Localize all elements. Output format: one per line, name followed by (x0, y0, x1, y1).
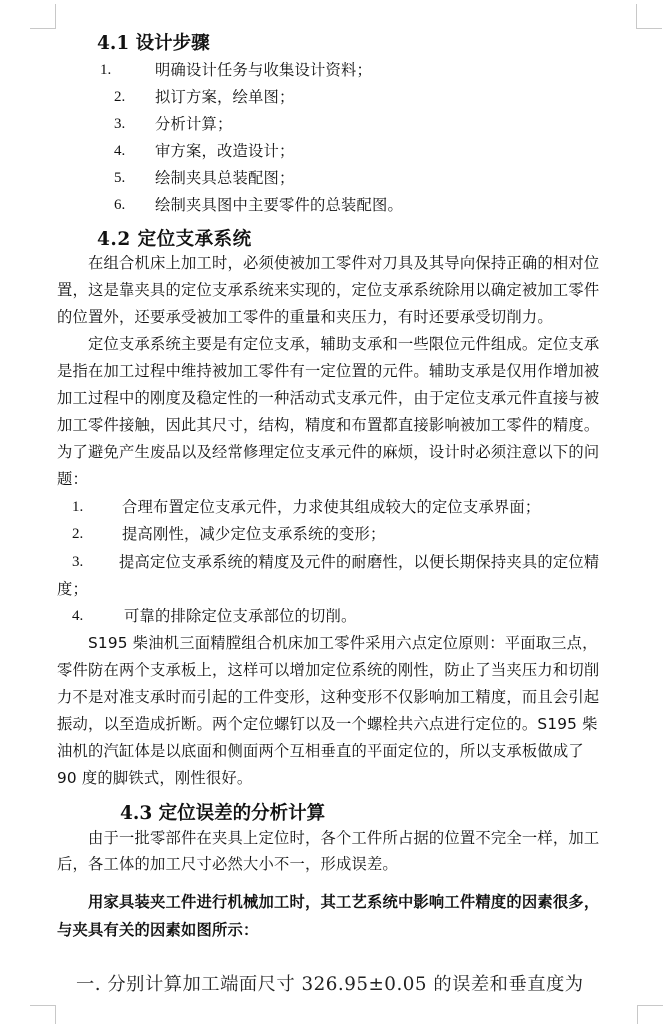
step-number: 4. (114, 141, 125, 161)
paragraph-line: 用家具装夹工件进行机械加工时，其工艺系统中影响工件精度的因素很多， (88, 892, 599, 912)
step-text: 分析计算； (155, 114, 233, 134)
crop-mark-bottom-left-h (30, 1005, 56, 1006)
calculation-item-line: 一. 分别计算加工端面尺寸 326.95±0.05 的误差和垂直度为 (76, 973, 584, 997)
paragraph-line: 题： (57, 469, 88, 489)
paragraph-line: 后，各工体的加工尺寸必然大小不一，形成误差。 (57, 854, 398, 874)
crop-mark-top-left-h (30, 28, 56, 29)
step-text: 明确设计任务与收集设计资料； (155, 60, 372, 80)
step-text: 绘制夹具总装配图； (155, 168, 294, 188)
paragraph-line: 力不是对准支承时而引起的工件变形，这种变形不仅影响加工精度，而且会引起 (57, 687, 599, 707)
section-heading-4-3: 4.3 定位误差的分析计算 (120, 802, 325, 826)
section-heading-4-1: 4.1 设计步骤 (97, 32, 210, 56)
paragraph-line: 与夹具有关的因素如图所示： (57, 920, 258, 940)
note-number: 4. (72, 606, 83, 626)
paragraph-line: S195 柴油机三面精膛组合机床加工零件采用六点定位原则：平面取三点， (88, 633, 598, 653)
note-number: 2. (72, 524, 83, 544)
paragraph-line: 为了避免产生废品以及经常修理定位支承元件的麻烦，设计时必须注意以下的问 (57, 442, 599, 462)
note-text-continued: 度； (57, 579, 88, 599)
note-number: 3. (72, 552, 83, 572)
paragraph-line: 定位支承系统主要是有定位支承，辅助支承和一些限位元件组成。定位支承 (88, 334, 599, 354)
step-text: 审方案，改造设计； (155, 141, 294, 161)
crop-mark-top-left-v (55, 4, 56, 29)
note-text: 提高定位支承系统的精度及元件的耐磨性，以便长期保持夹具的定位精 (119, 552, 599, 572)
section-heading-4-2: 4.2 定位支承系统 (97, 228, 252, 252)
step-text: 拟订方案，绘单图； (155, 87, 294, 107)
paragraph-line: 零件防在两个支承板上，这样可以增加定位系统的刚性，防止了当夹压力和切削 (57, 660, 599, 680)
step-text: 绘制夹具图中主要零件的总装配图。 (155, 195, 403, 215)
paragraph-line: 的位置外，还要承受被加工零件的重量和夹压力，有时还要承受切削力。 (57, 307, 553, 327)
note-text: 合理布置定位支承元件，力求使其组成较大的定位支承界面； (122, 497, 540, 517)
note-number: 1. (72, 497, 83, 517)
paragraph-line: 90 度的脚铁式，刚性很好。 (57, 768, 252, 788)
crop-mark-bottom-left-v (55, 1005, 56, 1024)
step-number: 6. (114, 195, 125, 215)
paragraph-line: 加工零件接触，因此其尺寸，结构，精度和布置都直接影响被加工零件的精度。 (57, 415, 599, 435)
paragraph-line: 油机的汽缸体是以底面和侧面两个互相垂直的平面定位的，所以支承板做成了 (57, 741, 584, 761)
crop-mark-top-right-h (636, 28, 662, 29)
crop-mark-bottom-right-h (637, 1005, 663, 1006)
step-number: 5. (114, 168, 125, 188)
crop-mark-bottom-right-v (637, 1005, 638, 1024)
paragraph-line: 置，这是靠夹具的定位支承系统来实现的，定位支承系统除用以确定被加工零件 (57, 280, 599, 300)
step-number: 2. (114, 87, 125, 107)
paragraph-line: 振动，以至造成折断。两个定位螺钉以及一个螺栓共六点进行定位的。S195 柴 (57, 714, 598, 734)
note-text: 提高刚性，减少定位支承系统的变形； (122, 524, 385, 544)
step-number: 1. (100, 60, 111, 80)
crop-mark-top-right-v (636, 4, 637, 29)
paragraph-line: 加工过程中的刚度及稳定性的一种活动式支承元件，由于定位支承元件直接与被 (57, 388, 599, 408)
paragraph-line: 是指在加工过程中维持被加工零件有一定位置的元件。辅助支承是仅用作增加被 (57, 361, 599, 381)
note-text: 可靠的排除定位支承部位的切削。 (124, 606, 356, 626)
paragraph-line: 由于一批零部件在夹具上定位时，各个工件所占据的位置不完全一样，加工 (88, 828, 599, 848)
paragraph-line: 在组合机床上加工时，必须使被加工零件对刀具及其导向保持正确的相对位 (88, 253, 599, 273)
step-number: 3. (114, 114, 125, 134)
